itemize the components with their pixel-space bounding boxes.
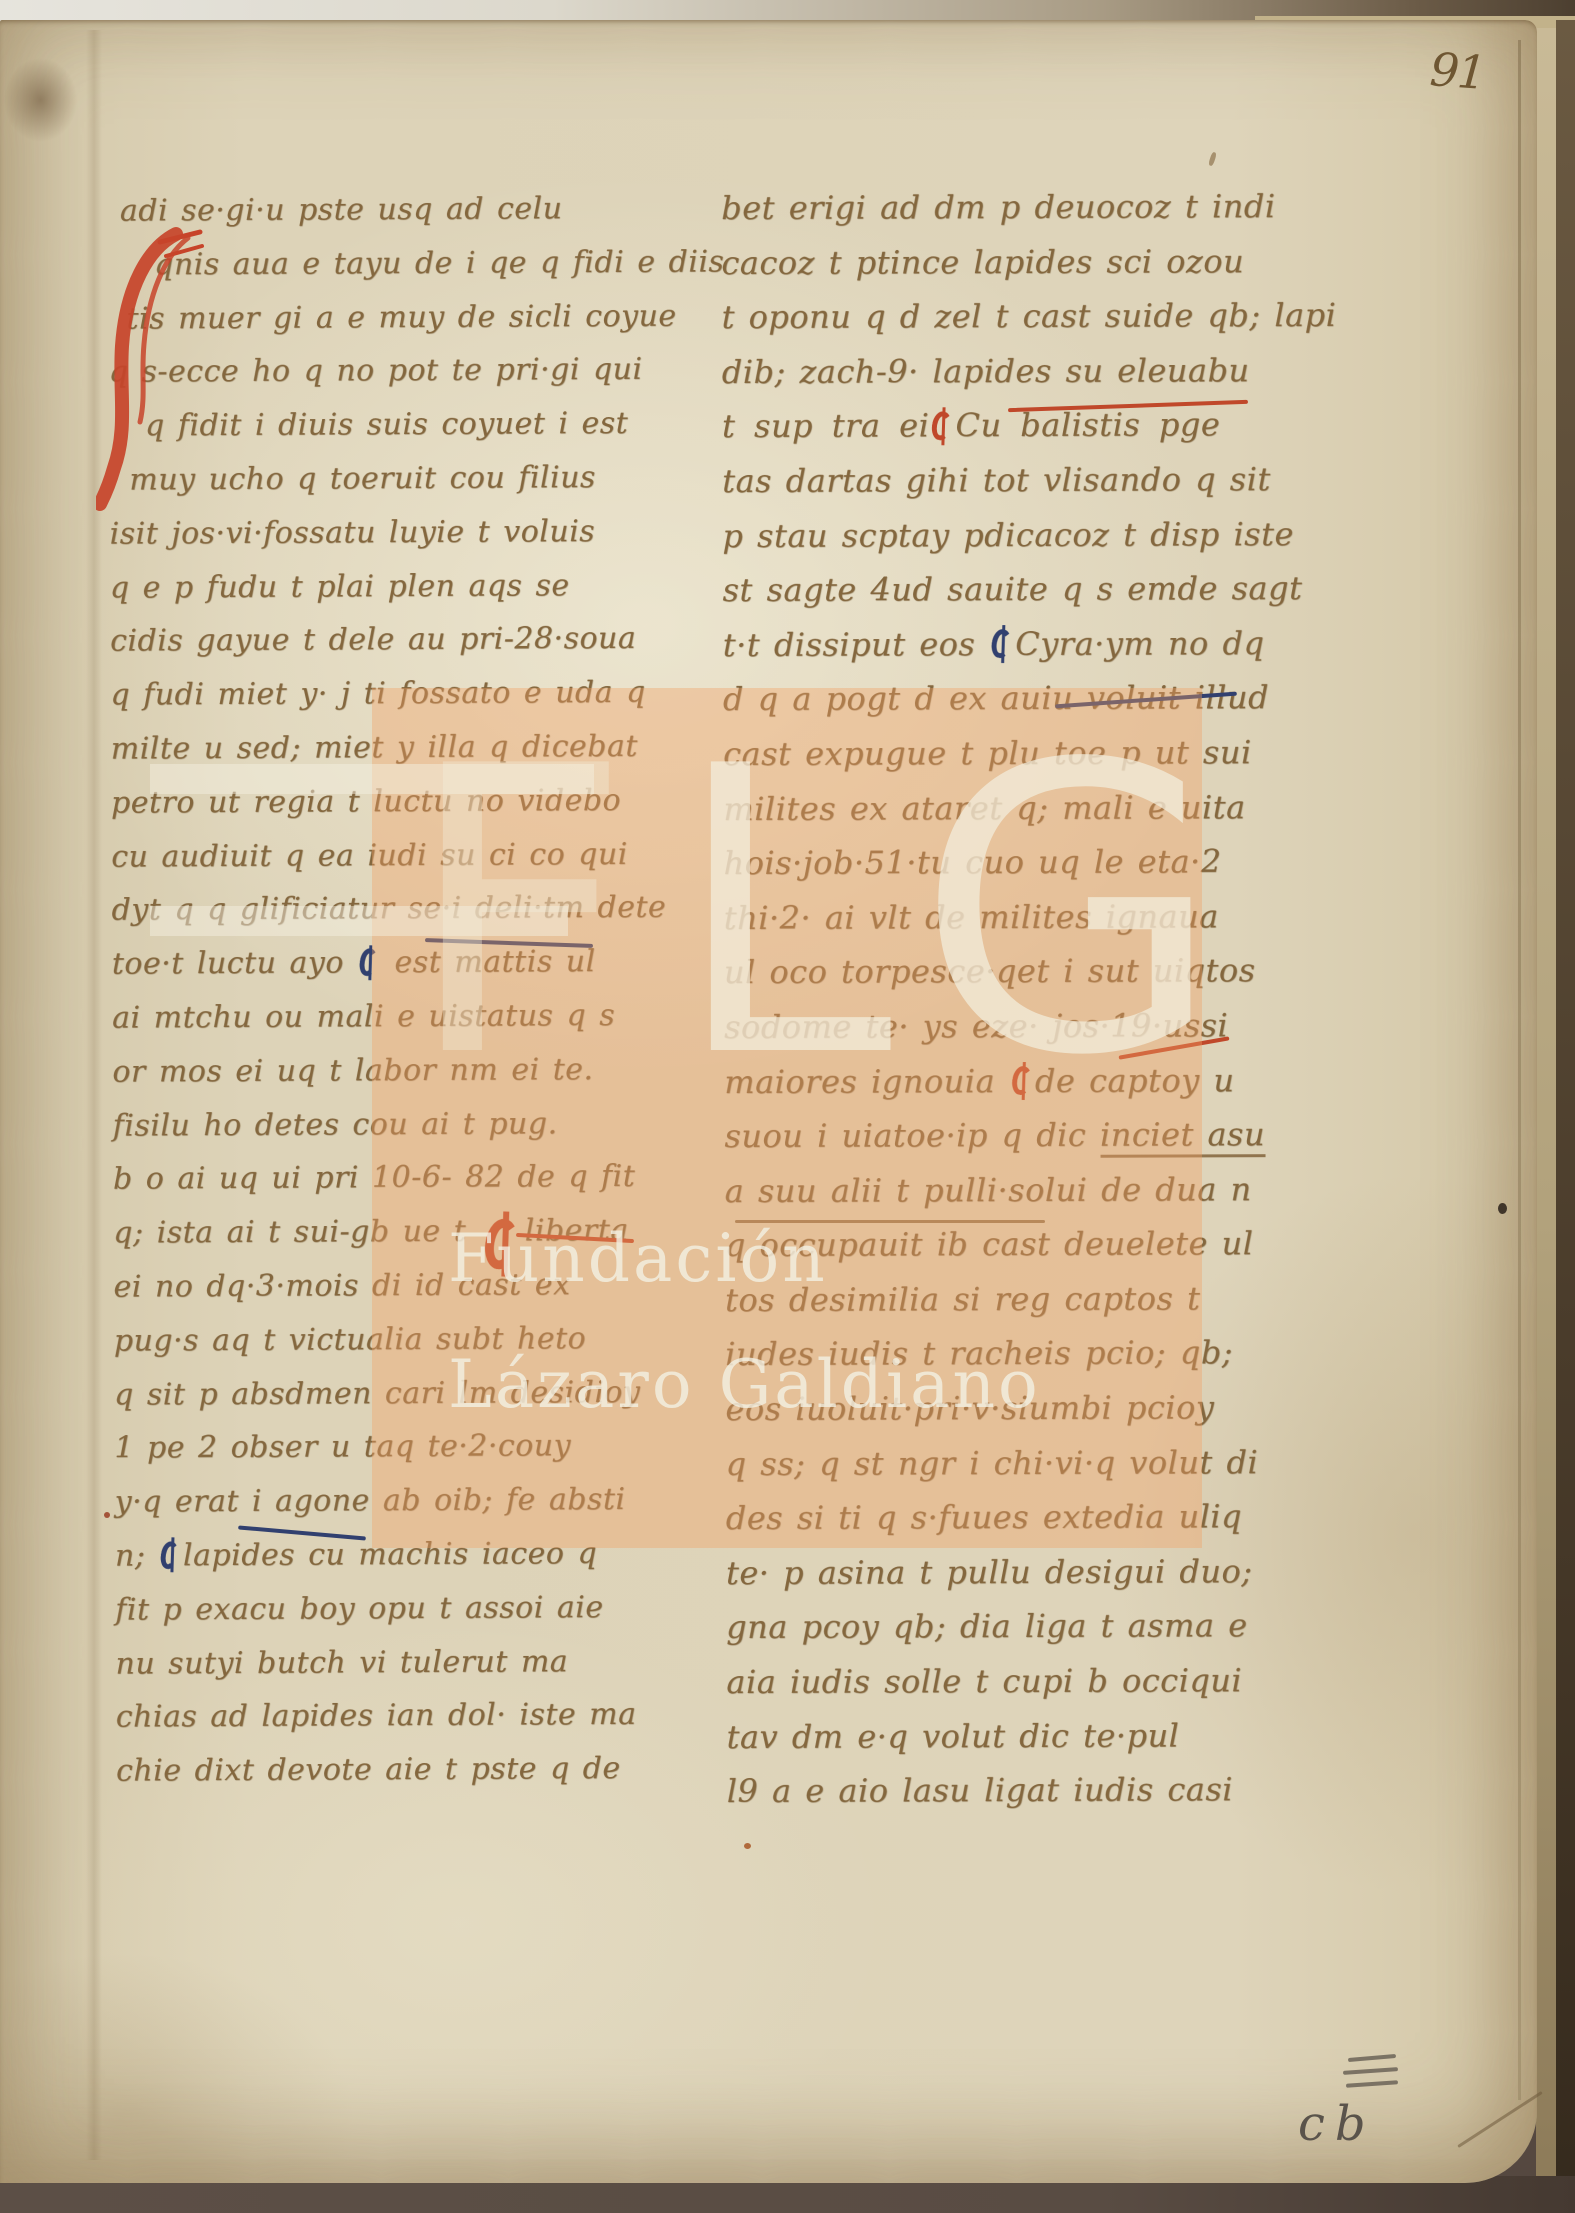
manuscript-line: gna pcoy qb; dia liga t asma e <box>726 1601 1341 1658</box>
watermark-letter-l: L <box>672 716 893 1112</box>
manuscript-line: isit jos·vi·fossatu luyie t voluis <box>109 507 725 564</box>
ink-speck <box>1498 1203 1507 1214</box>
text-segment: qnis aua e tayu de i qe q fidi e diis <box>154 244 724 282</box>
text-segment: tis muer gi a e muy de sicli coyue <box>126 298 676 336</box>
manuscript-line: tas dartas gihi tot vlisando q sit <box>722 455 1337 512</box>
text-segment: te· p asina t pullu desigui duo; <box>726 1552 1253 1592</box>
blue-paragraph-mark <box>992 629 1011 659</box>
manuscript-line: st sagte 4ud sauite q s emde sagt <box>722 564 1337 621</box>
manuscript-line: bet erigi ad dm p deuocoz t indi <box>721 182 1336 239</box>
text-segment: fit p exacu boy opu t assoi aie <box>115 1590 604 1628</box>
text-segment: q fidit i diuis suis coyuet i est <box>145 406 628 444</box>
manuscript-line: te· p asina t pullu desigui duo; <box>726 1547 1341 1604</box>
text-segment: adi se·gi·u pste usq ad celu <box>120 191 563 228</box>
manuscript-line: muy ucho q toeruit cou filius <box>129 453 725 510</box>
ink-speck <box>104 1512 110 1518</box>
watermark-name-line1: Fundación <box>448 1220 828 1297</box>
text-segment: tas dartas gihi tot vlisando q sit <box>722 460 1271 500</box>
text-segment: chias ad lapides ian dol· iste ma <box>116 1697 637 1735</box>
manuscript-line: p stau scptay pdicacoz t disp iste <box>722 509 1337 566</box>
folio-number: 91 <box>1428 42 1486 100</box>
text-segment: dib; zach-9· lapides su eleuabu <box>722 351 1250 391</box>
manuscript-line: aia iudis solle t cupi b occiqui <box>726 1656 1341 1713</box>
manuscript-line: cacoz t ptince lapides sci ozou <box>721 237 1336 294</box>
text-segment: toe·t luctu ayo <box>112 945 357 981</box>
text-segment: gna pcoy qb; dia liga t asma e <box>726 1607 1248 1647</box>
text-segment: tav dm e·q volut dic te·pul <box>726 1716 1179 1756</box>
text-segment: aia iudis solle t cupi b occiqui <box>726 1661 1242 1701</box>
text-segment: t·t dissiput eos <box>723 625 989 664</box>
manuscript-line: tav dm e·q volut dic te·pul <box>726 1711 1341 1768</box>
blue-paragraph-mark <box>161 1541 179 1569</box>
scan-right-edge <box>1556 20 1575 2213</box>
text-segment: st sagte 4ud sauite q s emde sagt <box>722 569 1302 609</box>
text-segment: bet erigi ad dm p deuocoz t indi <box>721 187 1275 227</box>
manuscript-line: qnis aua e tayu de i qe q fidi e diis <box>154 238 724 295</box>
manuscript-scan: { "page": { "folio_number": "91", "penci… <box>0 0 1575 2213</box>
red-paragraph-mark <box>932 411 951 441</box>
manuscript-line: chias ad lapides ian dol· iste ma <box>116 1691 732 1748</box>
ink-speck <box>744 1843 751 1849</box>
text-segment: t oponu q d zel t cast suide qb; lapi <box>722 296 1337 336</box>
manuscript-line: t oponu q d zel t cast suide qb; lapi <box>722 291 1337 348</box>
corner-smudge <box>0 40 93 160</box>
watermark-letter-f: F <box>404 716 632 1112</box>
manuscript-line: t·t dissiput eos Cyra·ym no dq <box>723 619 1338 676</box>
text-segment: n; <box>115 1538 159 1573</box>
text-segment: t sup tra ei <box>722 407 929 446</box>
text-segment: p stau scptay pdicacoz t disp iste <box>722 515 1294 555</box>
manuscript-line: chie dixt devote aie t pste q de <box>116 1744 732 1801</box>
manuscript-line: tis muer gi a e muy de sicli coyue <box>126 292 724 349</box>
watermark-name-line2: Lázaro Galdiano <box>448 1346 1041 1423</box>
text-segment: Cyra·ym no dq <box>1015 624 1264 663</box>
rubricated-initial <box>96 226 206 512</box>
manuscript-line: l9 a e aio lasu ligat iudis casi <box>727 1765 1342 1822</box>
manuscript-line: fit p exacu boy opu t assoi aie <box>115 1583 731 1640</box>
text-segment: Cu balistis pge <box>955 406 1220 445</box>
text-segment: cacoz t ptince lapides sci ozou <box>721 242 1244 282</box>
text-segment: cidis gayue t dele au pri-28·soua <box>110 621 636 659</box>
watermark-letter-g: G <box>916 714 1223 1110</box>
manuscript-line: q fidit i diuis suis coyuet i est <box>145 400 725 457</box>
manuscript-line: cidis gayue t dele au pri-28·soua <box>110 615 726 672</box>
pencil-annotation: cb <box>1298 2096 1376 2152</box>
right-margin-crease <box>1518 40 1521 2100</box>
manuscript-line: adi se·gi·u pste usq ad celu <box>120 184 724 241</box>
text-segment: l9 a e aio lasu ligat iudis casi <box>727 1771 1233 1811</box>
manuscript-line: q e p fudu t plai plen aqs se <box>110 561 726 618</box>
text-segment: q e p fudu t plai plen aqs se <box>110 568 570 605</box>
manuscript-line: dib; zach-9· lapides su eleuabu <box>722 346 1337 403</box>
text-segment: isit jos·vi·fossatu luyie t voluis <box>110 514 596 552</box>
text-segment: chie dixt devote aie t pste q de <box>116 1751 621 1789</box>
manuscript-line: nu sutyi butch vi tulerut ma <box>115 1637 731 1694</box>
book-fore-edge-right <box>1536 28 1558 2188</box>
text-segment: nu sutyi butch vi tulerut ma <box>115 1644 568 1681</box>
